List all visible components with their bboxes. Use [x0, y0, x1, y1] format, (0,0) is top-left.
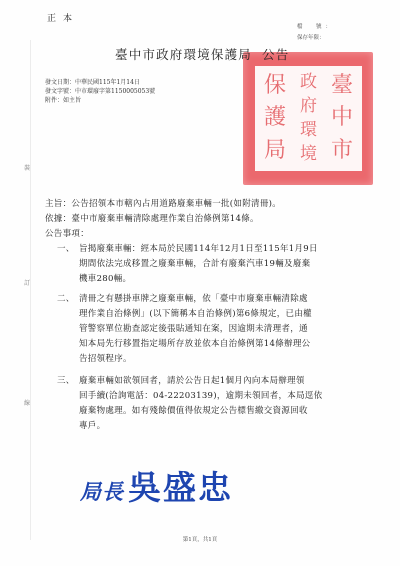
item-number: 三、	[57, 374, 79, 389]
seal-column-2: 政 府 環 境	[300, 70, 317, 167]
seal-column-1: 臺 中 市	[331, 70, 353, 167]
item-line: 清冊之有懸掛車牌之廢棄車輛，依「臺中市廢棄車輛清除處	[79, 292, 377, 307]
item-line: 回手續(洽詢電話：04-22203139)，逾期未領回者，本局逕依	[79, 389, 377, 404]
item-line: 理作業自治條例」(以下簡稱本自治條例)第6條規定，已由權	[79, 307, 377, 322]
seal-char: 局	[264, 140, 286, 162]
seal-inner: 臺 中 市 政 府 環 境 保 護 局	[255, 66, 362, 171]
notice-heading: 公告事項：	[45, 227, 89, 239]
signature-name: 吳盛忠	[128, 468, 233, 507]
seal-char: 環	[300, 122, 317, 139]
item-line: 廢棄車輛如欲領回者，請於公告日起1個月內向本局辦理領	[79, 374, 377, 389]
seal-char: 府	[300, 98, 317, 115]
page-number: 第1頁，共1頁	[0, 535, 400, 543]
item-body: 清冊之有懸掛車牌之廢棄車輛，依「臺中市廢棄車輛清除處 理作業自治條例」(以下簡稱…	[79, 292, 377, 367]
original-copy-label: 正本	[47, 11, 79, 24]
binding-mark-zhuang: 裝	[24, 163, 30, 172]
item-line: 知本局先行移置指定場所存放並依本自治條例第14條辦理公	[79, 337, 377, 352]
seal-char: 護	[264, 107, 286, 129]
document-type: 公告	[262, 47, 289, 62]
seal-column-3: 保 護 局	[264, 70, 286, 167]
seal-char: 市	[331, 140, 353, 162]
seal-char: 臺	[331, 75, 353, 97]
notice-item-2: 二、 清冊之有懸掛車牌之廢棄車輛，依「臺中市廢棄車輛清除處 理作業自治條例」(以…	[57, 292, 377, 367]
item-body: 廢棄車輛如欲領回者，請於公告日起1個月內向本局辦理領 回手續(洽詢電話：04-2…	[79, 374, 377, 434]
item-line: 告招領程序。	[79, 352, 377, 367]
item-line: 機車280輛。	[79, 272, 377, 287]
seal-char: 政	[300, 74, 317, 91]
document-number: 發文字號：中市環廢字第1150005053號	[45, 86, 155, 95]
item-number: 一、	[57, 242, 79, 257]
binding-line	[30, 40, 31, 540]
binding-mark-ding: 訂	[24, 278, 30, 287]
signature-title: 局長	[80, 479, 124, 504]
notice-item-1: 一、 旨揭廢棄車輛：經本局於民國114年12月1日至115年1月9日 期間依法完…	[57, 242, 377, 287]
document-title: 臺中市政府環境保護局公告	[115, 45, 289, 63]
agency-name: 臺中市政府環境保護局	[115, 47, 252, 62]
official-seal: 臺 中 市 政 府 環 境 保 護 局	[243, 52, 373, 185]
subject-line: 主旨：公告招領本市轄內占用道路廢棄車輛一批(如附清冊)。	[45, 197, 281, 209]
attachment-note: 附件：如主旨	[45, 95, 81, 104]
item-line: 旨揭廢棄車輛：經本局於民國114年12月1日至115年1月9日	[79, 242, 377, 257]
seal-char: 中	[331, 107, 353, 129]
item-line: 廢棄物處理。如有殘餘價值得依規定公告標售繳交資源回收	[79, 404, 377, 419]
archive-number-label: 檔 號：	[297, 22, 335, 30]
item-line: 期間依法完成移置之廢棄車輛，合計有廢棄汽車19輛及廢棄	[79, 257, 377, 272]
director-signature: 局長吳盛忠	[80, 462, 233, 509]
document-page: 裝 訂 線 正本 檔 號： 保存年限： 臺 中 市 政 府 環 境 保 護 局 …	[0, 0, 400, 566]
seal-char: 保	[264, 75, 286, 97]
item-number: 二、	[57, 292, 79, 307]
item-line: 管警察單位勘查認定後張貼通知在案，因逾期未清理者，通	[79, 322, 377, 337]
basis-line: 依據：臺中市廢棄車輛清除處理作業自治條例第14條。	[45, 212, 259, 224]
item-line: 專戶。	[79, 419, 377, 434]
binding-mark-xian: 線	[24, 398, 30, 407]
notice-item-3: 三、 廢棄車輛如欲領回者，請於公告日起1個月內向本局辦理領 回手續(洽詢電話：0…	[57, 374, 377, 434]
item-body: 旨揭廢棄車輛：經本局於民國114年12月1日至115年1月9日 期間依法完成移置…	[79, 242, 377, 287]
retention-period-label: 保存年限：	[297, 33, 325, 41]
issue-date: 發文日期：中華民國115年1月14日	[45, 77, 140, 86]
seal-char: 境	[300, 146, 317, 163]
